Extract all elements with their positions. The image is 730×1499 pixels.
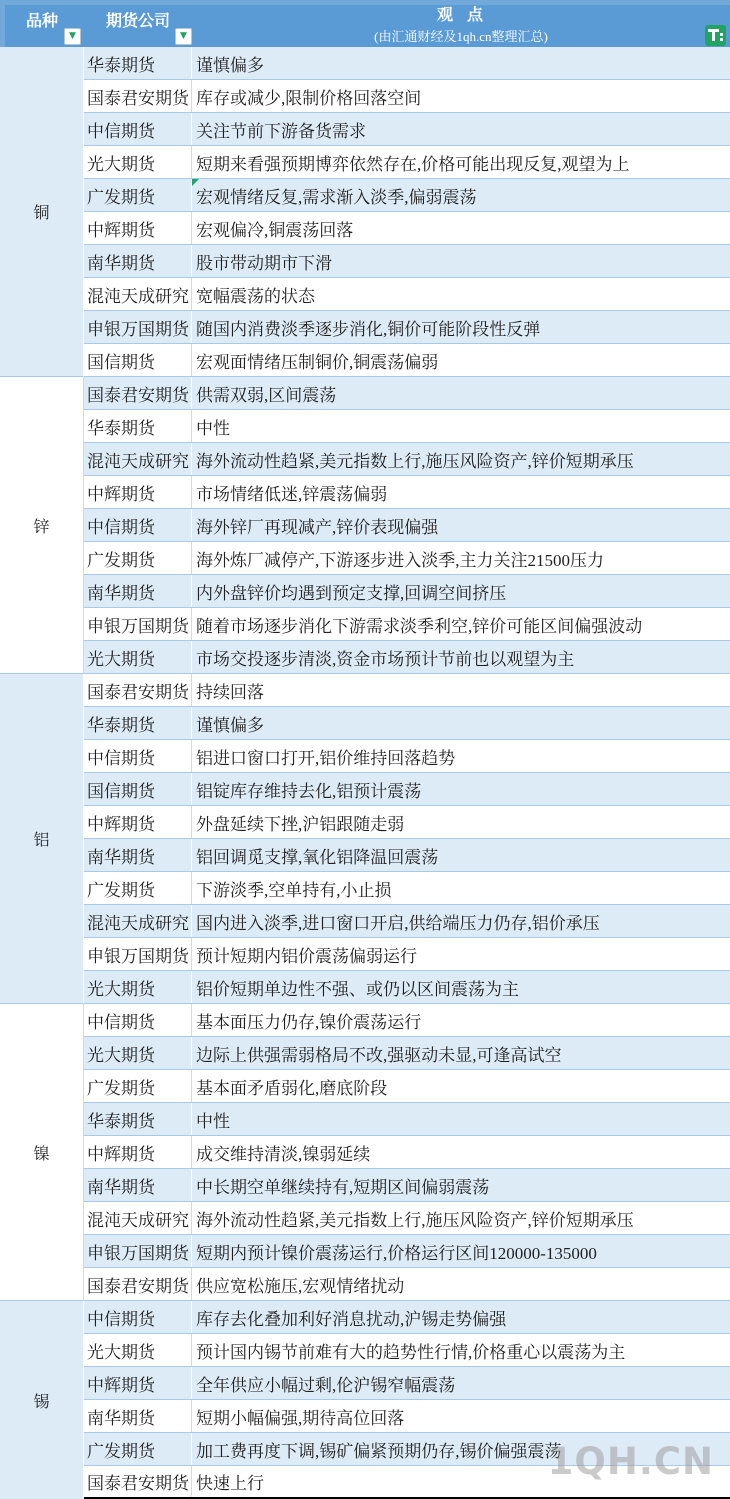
view-cell[interactable]: 供需双弱,区间震荡 xyxy=(192,377,730,409)
table-row: 中辉期货宏观偏冷,铜震荡回落 xyxy=(84,212,730,245)
header-row: 品种 ▼ 期货公司 ▼ 观 点 (由汇通财经及1qh.cn整理汇总) xyxy=(0,0,730,47)
table-row: 中信期货铝进口窗口打开,铝价维持回落趋势 xyxy=(84,740,730,773)
table-row: 中辉期货全年供应小幅过剩,伦沪锡窄幅震荡 xyxy=(84,1367,730,1400)
section-rows: 中信期货基本面压力仍存,镍价震荡运行光大期货边际上供强需弱格局不改,强驱动未显,… xyxy=(84,1004,730,1301)
variety-cell[interactable]: 锡 xyxy=(0,1301,84,1499)
company-cell[interactable]: 混沌天成研究 xyxy=(84,278,192,310)
table-row: 中信期货关注节前下游备货需求 xyxy=(84,113,730,146)
view-cell[interactable]: 成交维持清淡,镍弱延续 xyxy=(192,1136,730,1168)
company-cell[interactable]: 南华期货 xyxy=(84,245,192,277)
table-row: 中信期货海外锌厂再现减产,锌价表现偏强 xyxy=(84,509,730,542)
table-row: 混沌天成研究海外流动性趋紧,美元指数上行,施压风险资产,锌价短期承压 xyxy=(84,1202,730,1235)
company-cell[interactable]: 国泰君安期货 xyxy=(84,1268,192,1300)
view-cell[interactable]: 谨慎偏多 xyxy=(192,47,730,79)
company-cell[interactable]: 国泰君安期货 xyxy=(84,1466,192,1497)
view-cell[interactable]: 短期来看强预期博弈依然存在,价格可能出现反复,观望为上 xyxy=(192,146,730,178)
table-row: 申银万国期货短期内预计镍价震荡运行,价格运行区间120000-135000 xyxy=(84,1235,730,1268)
table-row: 混沌天成研究海外流动性趋紧,美元指数上行,施压风险资产,锌价短期承压 xyxy=(84,443,730,476)
company-cell[interactable]: 中辉期货 xyxy=(84,476,192,508)
table-body: 铜华泰期货谨慎偏多国泰君安期货库存或减少,限制价格回落空间中信期货关注节前下游备… xyxy=(0,47,730,1499)
company-cell[interactable]: 华泰期货 xyxy=(84,410,192,442)
view-cell[interactable]: 随着市场逐步消化下游需求淡季利空,锌价可能区间偏强波动 xyxy=(192,608,730,640)
table-row: 申银万国期货随国内消费淡季逐步消化,铜价可能阶段性反弹 xyxy=(84,311,730,344)
company-cell[interactable]: 中辉期货 xyxy=(84,1136,192,1168)
table-row: 中辉期货成交维持清淡,镍弱延续 xyxy=(84,1136,730,1169)
view-cell[interactable]: 库存去化叠加利好消息扰动,沪锡走势偏强 xyxy=(192,1301,730,1333)
table-row: 国泰君安期货快速上行 xyxy=(84,1466,730,1499)
header-cell-company[interactable]: 期货公司 ▼ xyxy=(84,0,192,47)
view-cell[interactable]: 铝价短期单边性不强、或仍以区间震荡为主 xyxy=(192,971,730,1003)
table-row: 国信期货宏观面情绪压制铜价,铜震荡偏弱 xyxy=(84,344,730,377)
company-cell[interactable]: 广发期货 xyxy=(84,179,192,211)
table-row: 南华期货股市带动期市下滑 xyxy=(84,245,730,278)
company-cell[interactable]: 南华期货 xyxy=(84,1400,192,1432)
funnel-dot xyxy=(720,33,723,36)
view-cell[interactable]: 海外流动性趋紧,美元指数上行,施压风险资产,锌价短期承压 xyxy=(192,443,730,475)
table-row: 国泰君安期货持续回落 xyxy=(84,674,730,707)
company-cell[interactable]: 南华期货 xyxy=(84,839,192,871)
company-header-label: 期货公司 xyxy=(106,8,170,31)
table-row: 广发期货下游淡季,空单持有,小止损 xyxy=(84,872,730,905)
view-cell[interactable]: 快速上行 xyxy=(192,1466,730,1497)
company-cell[interactable]: 广发期货 xyxy=(84,1433,192,1465)
view-cell[interactable]: 加工费再度下调,锡矿偏紧预期仍存,锡价偏强震荡 xyxy=(192,1433,730,1465)
table-row: 光大期货铝价短期单边性不强、或仍以区间震荡为主 xyxy=(84,971,730,1004)
view-cell[interactable]: 海外流动性趋紧,美元指数上行,施压风险资产,锌价短期承压 xyxy=(192,1202,730,1234)
view-cell[interactable]: 中性 xyxy=(192,410,730,442)
company-cell[interactable]: 申银万国期货 xyxy=(84,1235,192,1267)
company-cell[interactable]: 华泰期货 xyxy=(84,1103,192,1135)
table-row: 国泰君安期货供应宽松施压,宏观情绪扰动 xyxy=(84,1268,730,1301)
variety-cell[interactable]: 铜 xyxy=(0,47,84,377)
table-row: 广发期货海外炼厂减停产,下游逐步进入淡季,主力关注21500压力 xyxy=(84,542,730,575)
company-cell[interactable]: 混沌天成研究 xyxy=(84,443,192,475)
company-cell[interactable]: 光大期货 xyxy=(84,1037,192,1069)
view-cell[interactable]: 下游淡季,空单持有,小止损 xyxy=(192,872,730,904)
view-cell[interactable]: 宽幅震荡的状态 xyxy=(192,278,730,310)
company-cell[interactable]: 中辉期货 xyxy=(84,806,192,838)
view-cell[interactable]: 市场情绪低迷,锌震荡偏弱 xyxy=(192,476,730,508)
company-cell[interactable]: 光大期货 xyxy=(84,146,192,178)
company-cell[interactable]: 光大期货 xyxy=(84,641,192,673)
table-row: 华泰期货谨慎偏多 xyxy=(84,47,730,80)
view-cell[interactable]: 中长期空单继续持有,短期区间偏弱震荡 xyxy=(192,1169,730,1201)
table-row: 光大期货预计国内锡节前难有大的趋势性行情,价格重心以震荡为主 xyxy=(84,1334,730,1367)
view-cell[interactable]: 边际上供强需弱格局不改,强驱动未显,可逢高试空 xyxy=(192,1037,730,1069)
company-cell[interactable]: 光大期货 xyxy=(84,971,192,1003)
spreadsheet-table: 品种 ▼ 期货公司 ▼ 观 点 (由汇通财经及1qh.cn整理汇总) 铜华泰期货… xyxy=(0,0,730,1499)
variety-header-label: 品种 xyxy=(26,8,58,31)
company-cell[interactable]: 南华期货 xyxy=(84,1169,192,1201)
company-cell[interactable]: 中辉期货 xyxy=(84,1367,192,1399)
commodity-section: 镍中信期货基本面压力仍存,镍价震荡运行光大期货边际上供强需弱格局不改,强驱动未显… xyxy=(0,1004,730,1301)
table-row: 光大期货边际上供强需弱格局不改,强驱动未显,可逢高试空 xyxy=(84,1037,730,1070)
company-cell[interactable]: 华泰期货 xyxy=(84,47,192,79)
table-row: 申银万国期货预计短期内铝价震荡偏弱运行 xyxy=(84,938,730,971)
table-row: 南华期货短期小幅偏强,期待高位回落 xyxy=(84,1400,730,1433)
table-row: 广发期货宏观情绪反复,需求渐入淡季,偏弱震荡 xyxy=(84,179,730,212)
company-cell[interactable]: 国信期货 xyxy=(84,773,192,805)
view-cell[interactable]: 随国内消费淡季逐步消化,铜价可能阶段性反弹 xyxy=(192,311,730,343)
table-row: 南华期货中长期空单继续持有,短期区间偏弱震荡 xyxy=(84,1169,730,1202)
company-cell[interactable]: 申银万国期货 xyxy=(84,311,192,343)
company-cell[interactable]: 混沌天成研究 xyxy=(84,905,192,937)
company-cell[interactable]: 中辉期货 xyxy=(84,212,192,244)
view-cell[interactable]: 宏观面情绪压制铜价,铜震荡偏弱 xyxy=(192,344,730,376)
table-row: 国泰君安期货库存或减少,限制价格回落空间 xyxy=(84,80,730,113)
view-cell[interactable]: 铝锭库存维持去化,铝预计震荡 xyxy=(192,773,730,805)
table-row: 中信期货库存去化叠加利好消息扰动,沪锡走势偏强 xyxy=(84,1301,730,1334)
table-row: 华泰期货中性 xyxy=(84,1103,730,1136)
variety-cell[interactable]: 镍 xyxy=(0,1004,84,1301)
company-cell[interactable]: 华泰期货 xyxy=(84,707,192,739)
header-cell-view: 观 点 (由汇通财经及1qh.cn整理汇总) xyxy=(192,0,730,47)
table-row: 混沌天成研究宽幅震荡的状态 xyxy=(84,278,730,311)
view-cell[interactable]: 市场交投逐步清淡,资金市场预计节前也以观望为主 xyxy=(192,641,730,673)
section-rows: 国泰君安期货供需双弱,区间震荡华泰期货中性混沌天成研究海外流动性趋紧,美元指数上… xyxy=(84,377,730,674)
table-row: 广发期货加工费再度下调,锡矿偏紧预期仍存,锡价偏强震荡 xyxy=(84,1433,730,1466)
company-cell[interactable]: 中信期货 xyxy=(84,1004,192,1036)
company-cell[interactable]: 混沌天成研究 xyxy=(84,1202,192,1234)
table-row: 国泰君安期货供需双弱,区间震荡 xyxy=(84,377,730,410)
table-row: 混沌天成研究国内进入淡季,进口窗口开启,供给端压力仍存,铝价承压 xyxy=(84,905,730,938)
company-cell[interactable]: 国泰君安期货 xyxy=(84,80,192,112)
view-cell[interactable]: 外盘延续下挫,沪铝跟随走弱 xyxy=(192,806,730,838)
section-rows: 国泰君安期货持续回落华泰期货谨慎偏多中信期货铝进口窗口打开,铝价维持回落趋势国信… xyxy=(84,674,730,1004)
table-row: 南华期货铝回调觅支撑,氧化铝降温回震荡 xyxy=(84,839,730,872)
company-cell[interactable]: 申银万国期货 xyxy=(84,608,192,640)
table-row: 申银万国期货随着市场逐步消化下游需求淡季利空,锌价可能区间偏强波动 xyxy=(84,608,730,641)
view-cell[interactable]: 短期内预计镍价震荡运行,价格运行区间120000-135000 xyxy=(192,1235,730,1267)
view-cell[interactable]: 海外锌厂再现减产,锌价表现偏强 xyxy=(192,509,730,541)
company-cell[interactable]: 广发期货 xyxy=(84,1070,192,1102)
view-cell[interactable]: 预计国内锡节前难有大的趋势性行情,价格重心以震荡为主 xyxy=(192,1334,730,1366)
view-cell[interactable]: 海外炼厂减停产,下游逐步进入淡季,主力关注21500压力 xyxy=(192,542,730,574)
company-cell[interactable]: 广发期货 xyxy=(84,542,192,574)
section-rows: 华泰期货谨慎偏多国泰君安期货库存或减少,限制价格回落空间中信期货关注节前下游备货… xyxy=(84,47,730,377)
company-cell[interactable]: 南华期货 xyxy=(84,575,192,607)
company-cell[interactable]: 国泰君安期货 xyxy=(84,377,192,409)
company-cell[interactable]: 国信期货 xyxy=(84,344,192,376)
chevron-down-icon: ▼ xyxy=(69,32,76,41)
view-cell[interactable]: 库存或减少,限制价格回落空间 xyxy=(192,80,730,112)
section-rows: 中信期货库存去化叠加利好消息扰动,沪锡走势偏强光大期货预计国内锡节前难有大的趋势… xyxy=(84,1301,730,1499)
company-cell[interactable]: 中信期货 xyxy=(84,740,192,772)
company-cell[interactable]: 中信期货 xyxy=(84,113,192,145)
view-cell[interactable]: 中性 xyxy=(192,1103,730,1135)
company-cell[interactable]: 广发期货 xyxy=(84,872,192,904)
view-cell[interactable]: 宏观情绪反复,需求渐入淡季,偏弱震荡 xyxy=(192,179,730,211)
company-cell[interactable]: 光大期货 xyxy=(84,1334,192,1366)
view-header-title: 观 点 xyxy=(437,2,485,25)
view-cell[interactable]: 内外盘锌价均遇到预定支撑,回调空间挤压 xyxy=(192,575,730,607)
view-cell[interactable]: 铝回调觅支撑,氧化铝降温回震荡 xyxy=(192,839,730,871)
table-row: 华泰期货中性 xyxy=(84,410,730,443)
filter-funnel-icon[interactable] xyxy=(705,25,726,46)
variety-cell[interactable]: 锌 xyxy=(0,377,84,674)
variety-filter-dropdown-button[interactable]: ▼ xyxy=(64,28,81,45)
table-row: 中辉期货市场情绪低迷,锌震荡偏弱 xyxy=(84,476,730,509)
view-cell[interactable]: 宏观偏冷,铜震荡回落 xyxy=(192,212,730,244)
view-cell[interactable]: 基本面矛盾弱化,磨底阶段 xyxy=(192,1070,730,1102)
view-cell[interactable]: 基本面压力仍存,镍价震荡运行 xyxy=(192,1004,730,1036)
view-cell[interactable]: 股市带动期市下滑 xyxy=(192,245,730,277)
view-header-subtitle: (由汇通财经及1qh.cn整理汇总) xyxy=(374,26,548,45)
company-cell[interactable]: 申银万国期货 xyxy=(84,938,192,970)
company-filter-dropdown-button[interactable]: ▼ xyxy=(175,28,192,45)
funnel-dot xyxy=(720,38,723,41)
commodity-section: 铝国泰君安期货持续回落华泰期货谨慎偏多中信期货铝进口窗口打开,铝价维持回落趋势国… xyxy=(0,674,730,1004)
table-row: 光大期货短期来看强预期博弈依然存在,价格可能出现反复,观望为上 xyxy=(84,146,730,179)
view-cell[interactable]: 供应宽松施压,宏观情绪扰动 xyxy=(192,1268,730,1300)
company-cell[interactable]: 国泰君安期货 xyxy=(84,674,192,706)
view-cell[interactable]: 关注节前下游备货需求 xyxy=(192,113,730,145)
table-row: 中信期货基本面压力仍存,镍价震荡运行 xyxy=(84,1004,730,1037)
table-row: 国信期货铝锭库存维持去化,铝预计震荡 xyxy=(84,773,730,806)
chevron-down-icon: ▼ xyxy=(180,32,187,41)
view-cell[interactable]: 预计短期内铝价震荡偏弱运行 xyxy=(192,938,730,970)
header-cell-variety[interactable]: 品种 ▼ xyxy=(0,0,84,47)
view-cell[interactable]: 短期小幅偏强,期待高位回落 xyxy=(192,1400,730,1432)
company-cell[interactable]: 中信期货 xyxy=(84,1301,192,1333)
view-cell[interactable]: 谨慎偏多 xyxy=(192,707,730,739)
view-cell[interactable]: 国内进入淡季,进口窗口开启,供给端压力仍存,铝价承压 xyxy=(192,905,730,937)
commodity-section: 铜华泰期货谨慎偏多国泰君安期货库存或减少,限制价格回落空间中信期货关注节前下游备… xyxy=(0,47,730,377)
company-cell[interactable]: 中信期货 xyxy=(84,509,192,541)
table-row: 广发期货基本面矛盾弱化,磨底阶段 xyxy=(84,1070,730,1103)
table-row: 华泰期货谨慎偏多 xyxy=(84,707,730,740)
commodity-section: 锡中信期货库存去化叠加利好消息扰动,沪锡走势偏强光大期货预计国内锡节前难有大的趋… xyxy=(0,1301,730,1499)
funnel-stem xyxy=(712,32,715,41)
commodity-section: 锌国泰君安期货供需双弱,区间震荡华泰期货中性混沌天成研究海外流动性趋紧,美元指数… xyxy=(0,377,730,674)
variety-cell[interactable]: 铝 xyxy=(0,674,84,1004)
table-row: 中辉期货外盘延续下挫,沪铝跟随走弱 xyxy=(84,806,730,839)
view-cell[interactable]: 全年供应小幅过剩,伦沪锡窄幅震荡 xyxy=(192,1367,730,1399)
view-cell[interactable]: 持续回落 xyxy=(192,674,730,706)
table-row: 光大期货市场交投逐步清淡,资金市场预计节前也以观望为主 xyxy=(84,641,730,674)
table-row: 南华期货内外盘锌价均遇到预定支撑,回调空间挤压 xyxy=(84,575,730,608)
view-cell[interactable]: 铝进口窗口打开,铝价维持回落趋势 xyxy=(192,740,730,772)
comment-marker-icon xyxy=(192,179,199,186)
